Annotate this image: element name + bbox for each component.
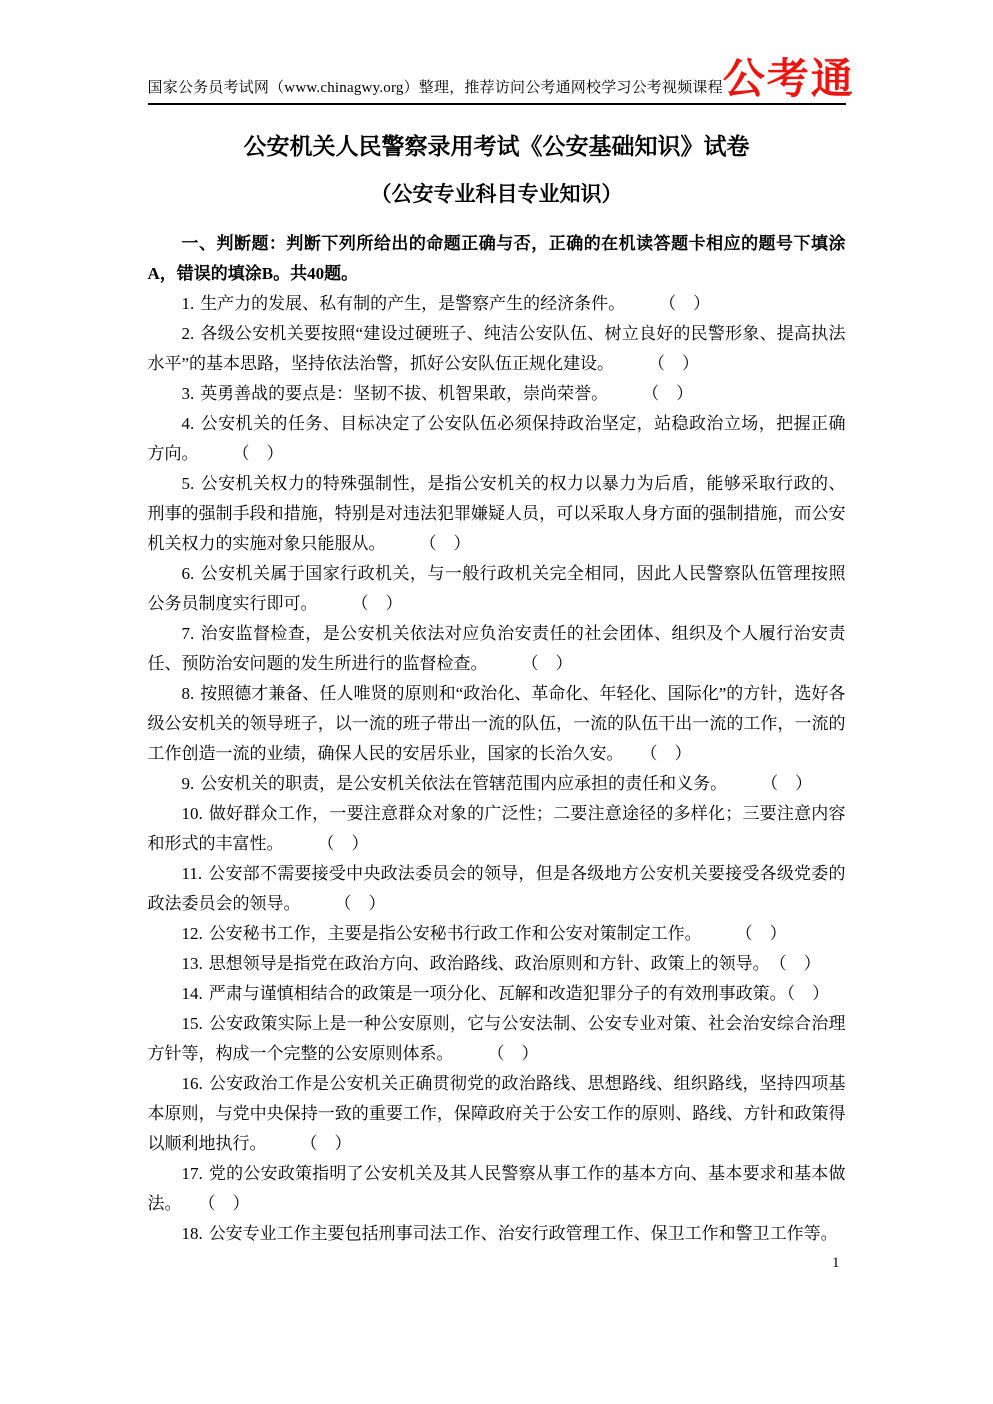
question-number: 6. xyxy=(182,564,195,583)
question-text: 做好群众工作，一要注意群众对象的广泛性；二要注意途径的多样化；三要注意内容和形式… xyxy=(148,804,846,853)
question-number: 1. xyxy=(182,294,195,313)
document-page: 国家公务员考试网（www.chinagwy.org）整理，推荐访问公考通网校学习… xyxy=(0,0,993,1404)
question-number: 15. xyxy=(182,1014,203,1033)
page-header: 国家公务员考试网（www.chinagwy.org）整理，推荐访问公考通网校学习… xyxy=(148,56,846,105)
question-number: 18. xyxy=(182,1224,203,1243)
question-text: 英勇善战的要点是：坚韧不拔、机智果敢，崇尚荣誉。 （ ） xyxy=(200,384,693,403)
question-item: 4.公安机关的任务、目标决定了公安队伍必须保持政治坚定，站稳政治立场，把握正确方… xyxy=(148,409,846,469)
question-text: 按照德才兼备、任人唯贤的原则和“政治化、革命化、年轻化、国际化”的方针，选好各级… xyxy=(148,684,846,763)
question-text: 公安政治工作是公安机关正确贯彻党的政治路线、思想路线、组织路线，坚持四项基本原则… xyxy=(148,1074,846,1153)
question-number: 12. xyxy=(182,924,203,943)
question-text: 公安机关的职责，是公安机关依法在管辖范围内应承担的责任和义务。 （ ） xyxy=(200,774,812,793)
question-number: 7. xyxy=(182,624,195,643)
question-list: 1.生产力的发展、私有制的产生，是警察产生的经济条件。 （ ）2.各级公安机关要… xyxy=(148,289,846,1249)
question-item: 14.严肃与谨慎相结合的政策是一项分化、瓦解和改造犯罪分子的有效刑事政策。（ ） xyxy=(148,979,846,1009)
page-content: 国家公务员考试网（www.chinagwy.org）整理，推荐访问公考通网校学习… xyxy=(148,56,846,1273)
question-item: 7.治安监督检查，是公安机关依法对应负治安责任的社会团体、组织及个人履行治安责任… xyxy=(148,619,846,679)
question-number: 4. xyxy=(182,414,195,433)
question-number: 14. xyxy=(182,984,203,1003)
exam-title: 公安机关人民警察录用考试《公安基础知识》试卷 xyxy=(148,131,846,163)
question-item: 15.公安政策实际上是一种公安原则，它与公安法制、公安专业对策、社会治安综合治理… xyxy=(148,1009,846,1069)
question-item: 10.做好群众工作，一要注意群众对象的广泛性；二要注意途径的多样化；三要注意内容… xyxy=(148,799,846,859)
question-text: 严肃与谨慎相结合的政策是一项分化、瓦解和改造犯罪分子的有效刑事政策。（ ） xyxy=(209,984,830,1003)
section-instructions: 一、判断题：判断下列所给出的命题正确与否，正确的在机读答题卡相应的题号下填涂A，… xyxy=(148,229,846,289)
question-number: 2. xyxy=(182,324,195,343)
question-item: 2.各级公安机关要按照“建设过硬班子、纯洁公安队伍、树立良好的民警形象、提高执法… xyxy=(148,319,846,379)
question-text: 各级公安机关要按照“建设过硬班子、纯洁公安队伍、树立良好的民警形象、提高执法水平… xyxy=(148,324,846,373)
question-text: 公安专业工作主要包括刑事司法工作、治安行政管理工作、保卫工作和警卫工作等。 xyxy=(209,1224,838,1243)
question-number: 9. xyxy=(182,774,195,793)
question-text: 公安机关的任务、目标决定了公安队伍必须保持政治坚定，站稳政治立场，把握正确方向。… xyxy=(148,414,846,463)
question-item: 13.思想领导是指党在政治方向、政治路线、政治原则和方针、政策上的领导。 （ ） xyxy=(148,949,846,979)
question-number: 16. xyxy=(182,1074,203,1093)
question-number: 3. xyxy=(182,384,195,403)
question-number: 10. xyxy=(182,804,203,823)
question-text: 公安政策实际上是一种公安原则，它与公安法制、公安专业对策、社会治安综合治理方针等… xyxy=(148,1014,846,1063)
question-number: 13. xyxy=(182,954,203,973)
question-text: 治安监督检查，是公安机关依法对应负治安责任的社会团体、组织及个人履行治安责任、预… xyxy=(148,624,846,673)
question-number: 5. xyxy=(182,474,195,493)
question-item: 5.公安机关权力的特殊强制性，是指公安机关的权力以暴力为后盾，能够采取行政的、刑… xyxy=(148,469,846,559)
question-text: 公安机关权力的特殊强制性，是指公安机关的权力以暴力为后盾，能够采取行政的、刑事的… xyxy=(148,474,846,553)
question-item: 12.公安秘书工作，主要是指公安秘书行政工作和公安对策制定工作。 （ ） xyxy=(148,919,846,949)
question-item: 11.公安部不需要接受中央政法委员会的领导，但是各级地方公安机关要接受各级党委的… xyxy=(148,859,846,919)
question-text: 生产力的发展、私有制的产生，是警察产生的经济条件。 （ ） xyxy=(200,294,710,313)
exam-subtitle: （公安专业科目专业知识） xyxy=(148,179,846,209)
gongkaotong-logo: 公考通 xyxy=(723,56,855,102)
question-section: 一、判断题：判断下列所给出的命题正确与否，正确的在机读答题卡相应的题号下填涂A，… xyxy=(148,229,846,1249)
question-item: 8.按照德才兼备、任人唯贤的原则和“政治化、革命化、年轻化、国际化”的方针，选好… xyxy=(148,679,846,769)
question-number: 11. xyxy=(182,864,203,883)
question-item: 17.党的公安政策指明了公安机关及其人民警察从事工作的基本方向、基本要求和基本做… xyxy=(148,1159,846,1219)
question-text: 公安秘书工作，主要是指公安秘书行政工作和公安对策制定工作。 （ ） xyxy=(209,924,787,943)
question-item: 6.公安机关属于国家行政机关，与一般行政机关完全相同，因此人民警察队伍管理按照公… xyxy=(148,559,846,619)
question-text: 公安部不需要接受中央政法委员会的领导，但是各级地方公安机关要接受各级党委的政法委… xyxy=(148,864,846,913)
question-number: 17. xyxy=(182,1164,203,1183)
question-item: 1.生产力的发展、私有制的产生，是警察产生的经济条件。 （ ） xyxy=(148,289,846,319)
header-source-text: 国家公务员考试网（www.chinagwy.org）整理，推荐访问公考通网校学习… xyxy=(148,78,723,102)
question-text: 思想领导是指党在政治方向、政治路线、政治原则和方针、政策上的领导。 （ ） xyxy=(209,954,821,973)
question-item: 16.公安政治工作是公安机关正确贯彻党的政治路线、思想路线、组织路线，坚持四项基… xyxy=(148,1069,846,1159)
question-item: 18.公安专业工作主要包括刑事司法工作、治安行政管理工作、保卫工作和警卫工作等。 xyxy=(148,1219,846,1249)
question-text: 党的公安政策指明了公安机关及其人民警察从事工作的基本方向、基本要求和基本做法。 … xyxy=(148,1164,846,1213)
question-text: 公安机关属于国家行政机关，与一般行政机关完全相同，因此人民警察队伍管理按照公务员… xyxy=(148,564,846,613)
question-number: 8. xyxy=(182,684,195,703)
question-item: 3.英勇善战的要点是：坚韧不拔、机智果敢，崇尚荣誉。 （ ） xyxy=(148,379,846,409)
page-number: 1 xyxy=(148,1253,846,1273)
question-item: 9.公安机关的职责，是公安机关依法在管辖范围内应承担的责任和义务。 （ ） xyxy=(148,769,846,799)
